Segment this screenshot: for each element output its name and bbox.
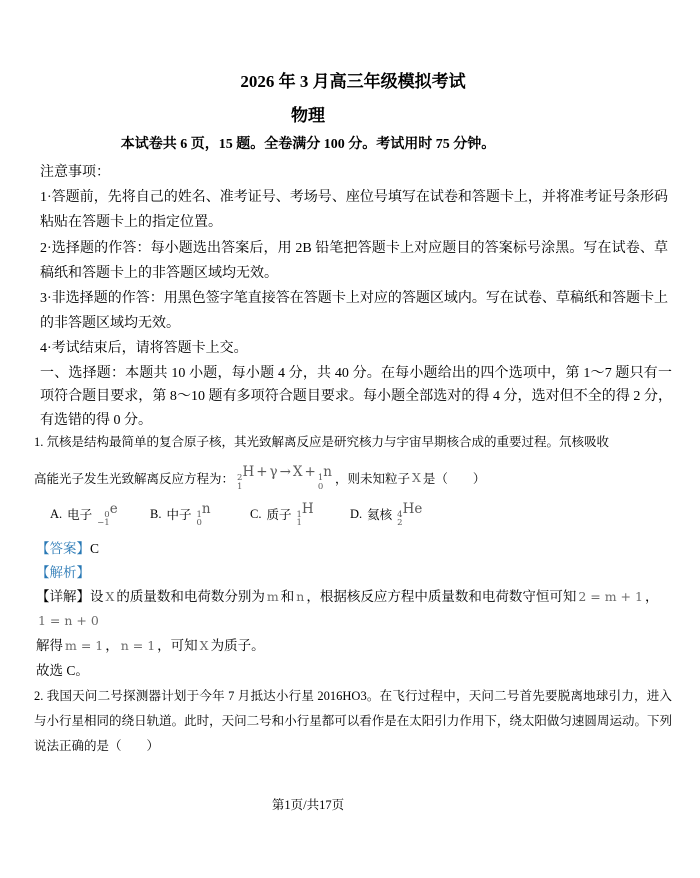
- unknown-particle-x: X: [293, 464, 303, 480]
- option-a-text: 电子: [67, 505, 92, 523]
- solve-line: 解得m = 1，n = 1，可知X为质子。: [36, 637, 672, 654]
- answer-block-q1: 【答案】C 【解析】 【详解】设X的质量数和电荷数分别为m和n，根据核反应方程中…: [34, 540, 672, 679]
- question-1-options: A. 电子 0−1e B. 中子 10n C. 质子 11H D. 氦核 42H…: [50, 501, 672, 528]
- question-1-stem-end: 是（ ）: [423, 469, 486, 487]
- deuterium-nuclide: 21H: [237, 464, 254, 480]
- neutron-nuclide: 10n: [318, 464, 332, 480]
- nuclear-reaction-equation: 21H+γ→X+10n: [237, 464, 332, 491]
- option-b-label: B.: [150, 507, 161, 522]
- element-symbol: H: [302, 501, 314, 517]
- question-1: 1. 氘核是结构最简单的复合原子核，其光致解离反应是研究核力与宇宙早期核合成的重…: [34, 432, 672, 528]
- atomic-number: −1: [97, 519, 110, 528]
- option-c-label: C.: [250, 507, 261, 522]
- math-n: n: [294, 589, 306, 604]
- detail-text: ，根据核反应方程中质量数和电荷数守恒可知: [306, 589, 576, 604]
- option-c: C. 质子 11H: [250, 501, 350, 528]
- atomic-number: 0: [318, 483, 323, 492]
- proton-nuclide: 11H: [296, 501, 313, 528]
- question-2-stem: 2. 我国天问二号探测器计划于今年 7 月抵达小行星 2016HO3。在飞行过程…: [34, 684, 672, 759]
- element-symbol: He: [403, 501, 423, 517]
- notice-item-4: 4·考试结束后，请将答题卡上交。: [40, 336, 668, 361]
- option-a-label: A.: [50, 507, 62, 522]
- element-symbol: n: [202, 501, 211, 517]
- detail-label: 【详解】: [36, 589, 90, 604]
- solve-text: 解得: [36, 638, 63, 653]
- page-title: 2026 年 3 月高三年级模拟考试: [34, 72, 672, 92]
- helium-nuclide: 42He: [397, 501, 422, 528]
- atomic-number: 0: [196, 519, 201, 528]
- answer-value: C: [90, 541, 99, 556]
- math-m: m: [265, 589, 281, 604]
- notice-item-1: 1·答题前，先将自己的姓名、准考证号、考场号、座位号填写在试卷和答题卡上，并将准…: [40, 185, 668, 235]
- question-1-stem-line-1: 1. 氘核是结构最简单的复合原子核，其光致解离反应是研究核力与宇宙早期核合成的重…: [34, 432, 672, 450]
- unknown-x-inline: X: [410, 470, 423, 485]
- math-x: X: [104, 589, 117, 604]
- detail-text: 的质量数和电荷数分别为: [116, 589, 265, 604]
- option-d-text: 氦核: [367, 505, 392, 523]
- atomic-number: 2: [397, 519, 402, 528]
- notice-item-2: 2·选择题的作答：每小题选出答案后，用 2B 铅笔把答题卡上对应题目的答案标号涂…: [40, 236, 668, 286]
- option-c-text: 质子: [266, 505, 291, 523]
- math-x: X: [198, 638, 211, 653]
- detail-text: ，: [645, 589, 659, 604]
- math-m-result: m = 1: [63, 638, 105, 653]
- conclusion-line: 故选 C。: [36, 662, 672, 679]
- solve-text: 为质子。: [211, 638, 265, 653]
- plus-sign: +: [303, 464, 318, 480]
- exam-page: 2026 年 3 月高三年级模拟考试 物理 本试卷共 6 页，15 题。全卷满分…: [0, 0, 700, 878]
- answer-label: 【答案】: [36, 541, 90, 556]
- subject-title: 物理: [34, 106, 582, 126]
- question-1-stem-line-2: 高能光子发生光致解离反应方程为： 21H+γ→X+10n ，则未知粒子 X 是（…: [34, 463, 672, 493]
- atomic-number: 1: [296, 519, 301, 528]
- plus-sign: +: [254, 464, 269, 480]
- math-equation-2: 1 = n + 0: [36, 613, 101, 628]
- arrow-symbol: →: [278, 464, 293, 480]
- electron-nuclide: 0−1e: [97, 501, 118, 528]
- notices-heading: 注意事项：: [40, 160, 668, 185]
- equation-2-line: 1 = n + 0: [36, 612, 672, 629]
- element-symbol: n: [323, 464, 332, 480]
- analysis-line: 【解析】: [36, 564, 672, 581]
- element-symbol: e: [110, 501, 118, 517]
- element-symbol: H: [242, 464, 254, 480]
- answer-line: 【答案】C: [36, 540, 672, 557]
- detail-text: 设: [90, 589, 104, 604]
- gamma-symbol: γ: [270, 464, 278, 480]
- option-d: D. 氦核 42He: [350, 501, 422, 528]
- page-number-footer: 第1页/共17页: [34, 795, 582, 813]
- option-a: A. 电子 0−1e: [50, 501, 150, 528]
- notices-block: 注意事项： 1·答题前，先将自己的姓名、准考证号、考场号、座位号填写在试卷和答题…: [40, 160, 668, 362]
- option-d-label: D.: [350, 507, 362, 522]
- question-1-stem-mid: ，则未知粒子: [335, 469, 410, 487]
- notice-item-3: 3·非选择题的作答：用黑色签字笔直接答在答题卡上对应的答题区域内。写在试卷、草稿…: [40, 286, 668, 336]
- section-1-header: 一、选择题：本题共 10 小题，每小题 4 分，共 40 分。在每小题给出的四个…: [40, 362, 672, 433]
- math-equation-1: 2 = m + 1: [576, 589, 645, 604]
- atomic-number: 1: [237, 483, 242, 492]
- detail-text: 和: [281, 589, 295, 604]
- paper-info: 本试卷共 6 页，15 题。全卷满分 100 分。考试用时 75 分钟。: [34, 136, 582, 154]
- math-n-result: n = 1: [119, 638, 157, 653]
- solve-text: ，可知: [157, 638, 198, 653]
- detail-line: 【详解】设X的质量数和电荷数分别为m和n，根据核反应方程中质量数和电荷数守恒可知…: [36, 588, 672, 605]
- option-b: B. 中子 10n: [150, 501, 250, 528]
- option-b-text: 中子: [166, 505, 191, 523]
- neutron-nuclide: 10n: [196, 501, 210, 528]
- question-1-stem-prefix: 高能光子发生光致解离反应方程为：: [34, 469, 234, 487]
- solve-text: ，: [105, 638, 119, 653]
- analysis-label: 【解析】: [36, 565, 90, 580]
